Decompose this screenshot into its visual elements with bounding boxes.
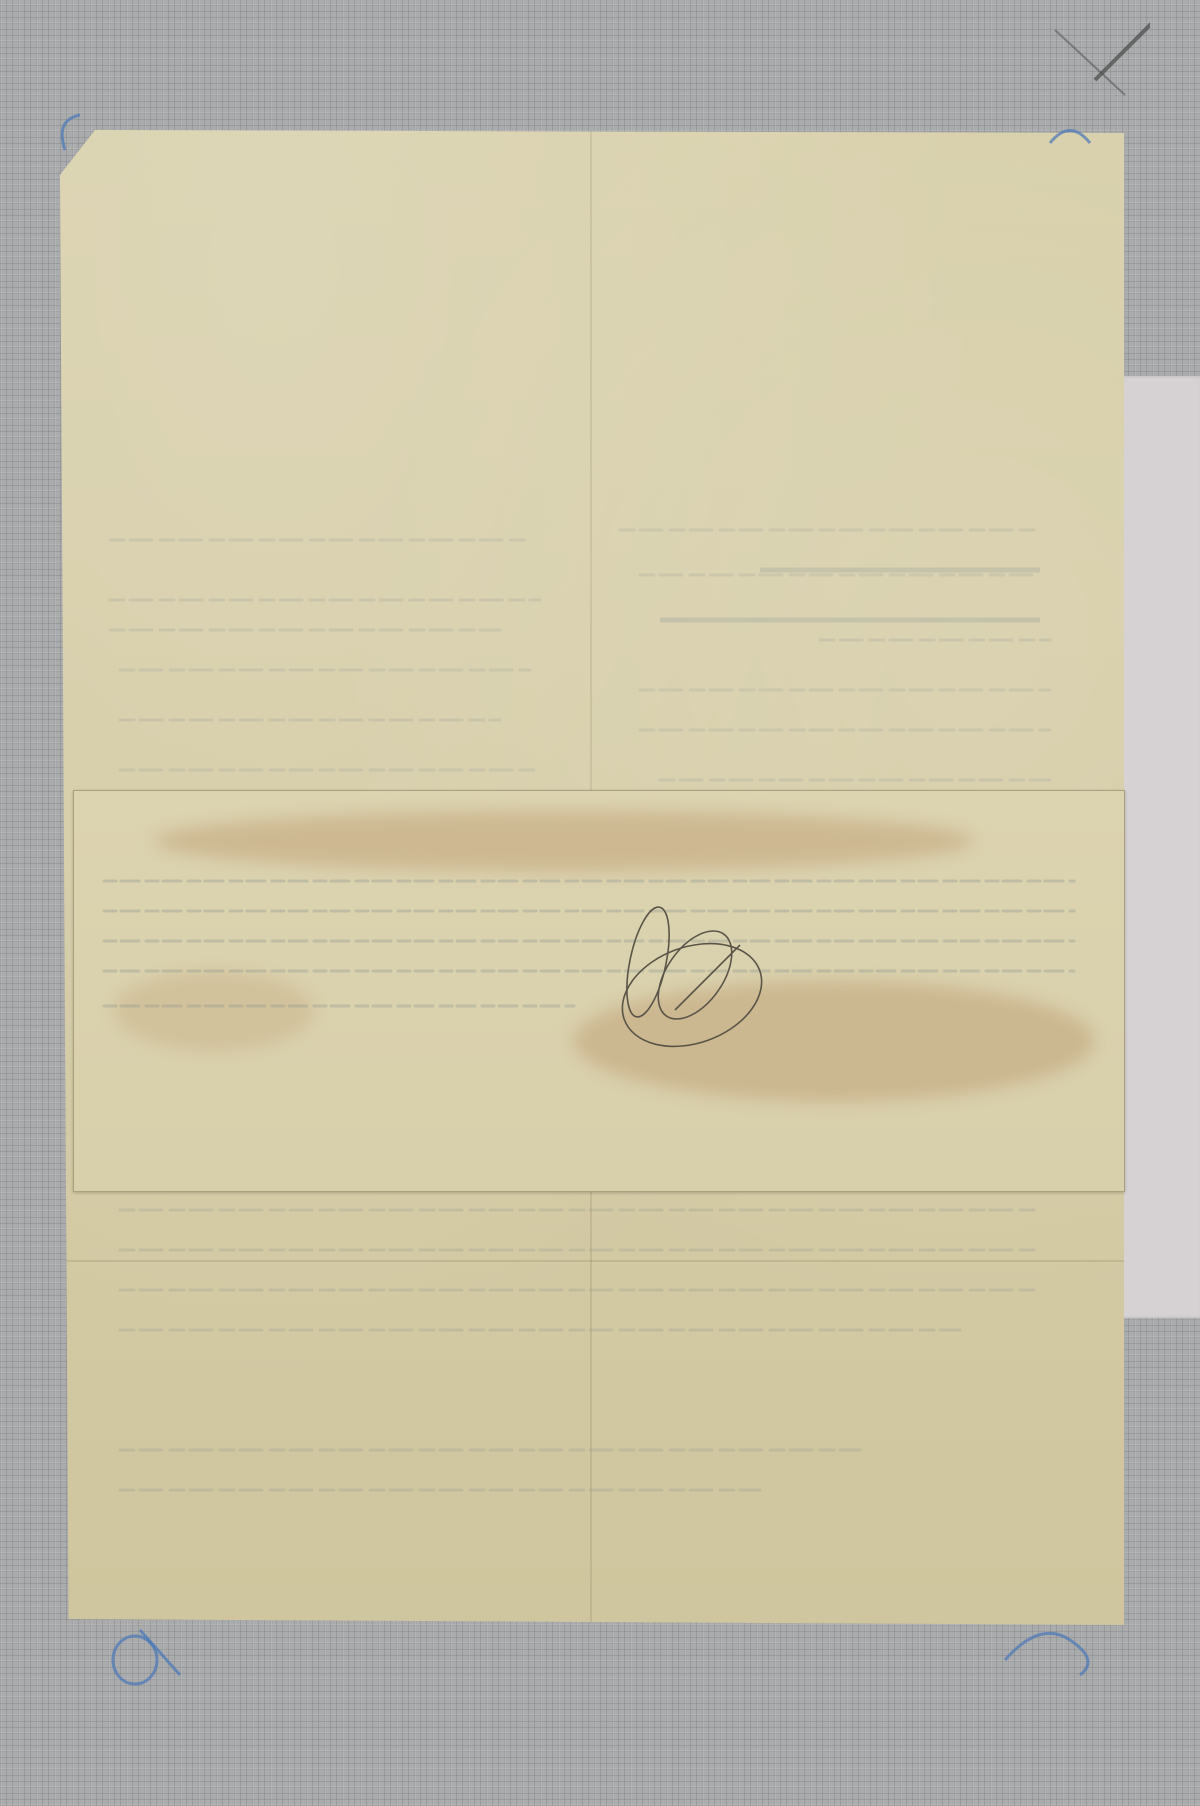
- blue-corner-mark: [50, 110, 100, 170]
- show-through-text: [74, 791, 1124, 1191]
- repair-strip: [73, 790, 1125, 1192]
- blue-corner-mark: [1045, 118, 1095, 148]
- blue-corner-mark: [1000, 1620, 1110, 1690]
- blue-corner-mark: [100, 1620, 190, 1690]
- photo-scene: [0, 0, 1200, 1806]
- x-mark-icon: [1040, 10, 1150, 100]
- backing-card: [1118, 376, 1200, 1318]
- pencil-monogram: [600, 900, 780, 1060]
- horizontal-fold: [60, 1260, 1124, 1262]
